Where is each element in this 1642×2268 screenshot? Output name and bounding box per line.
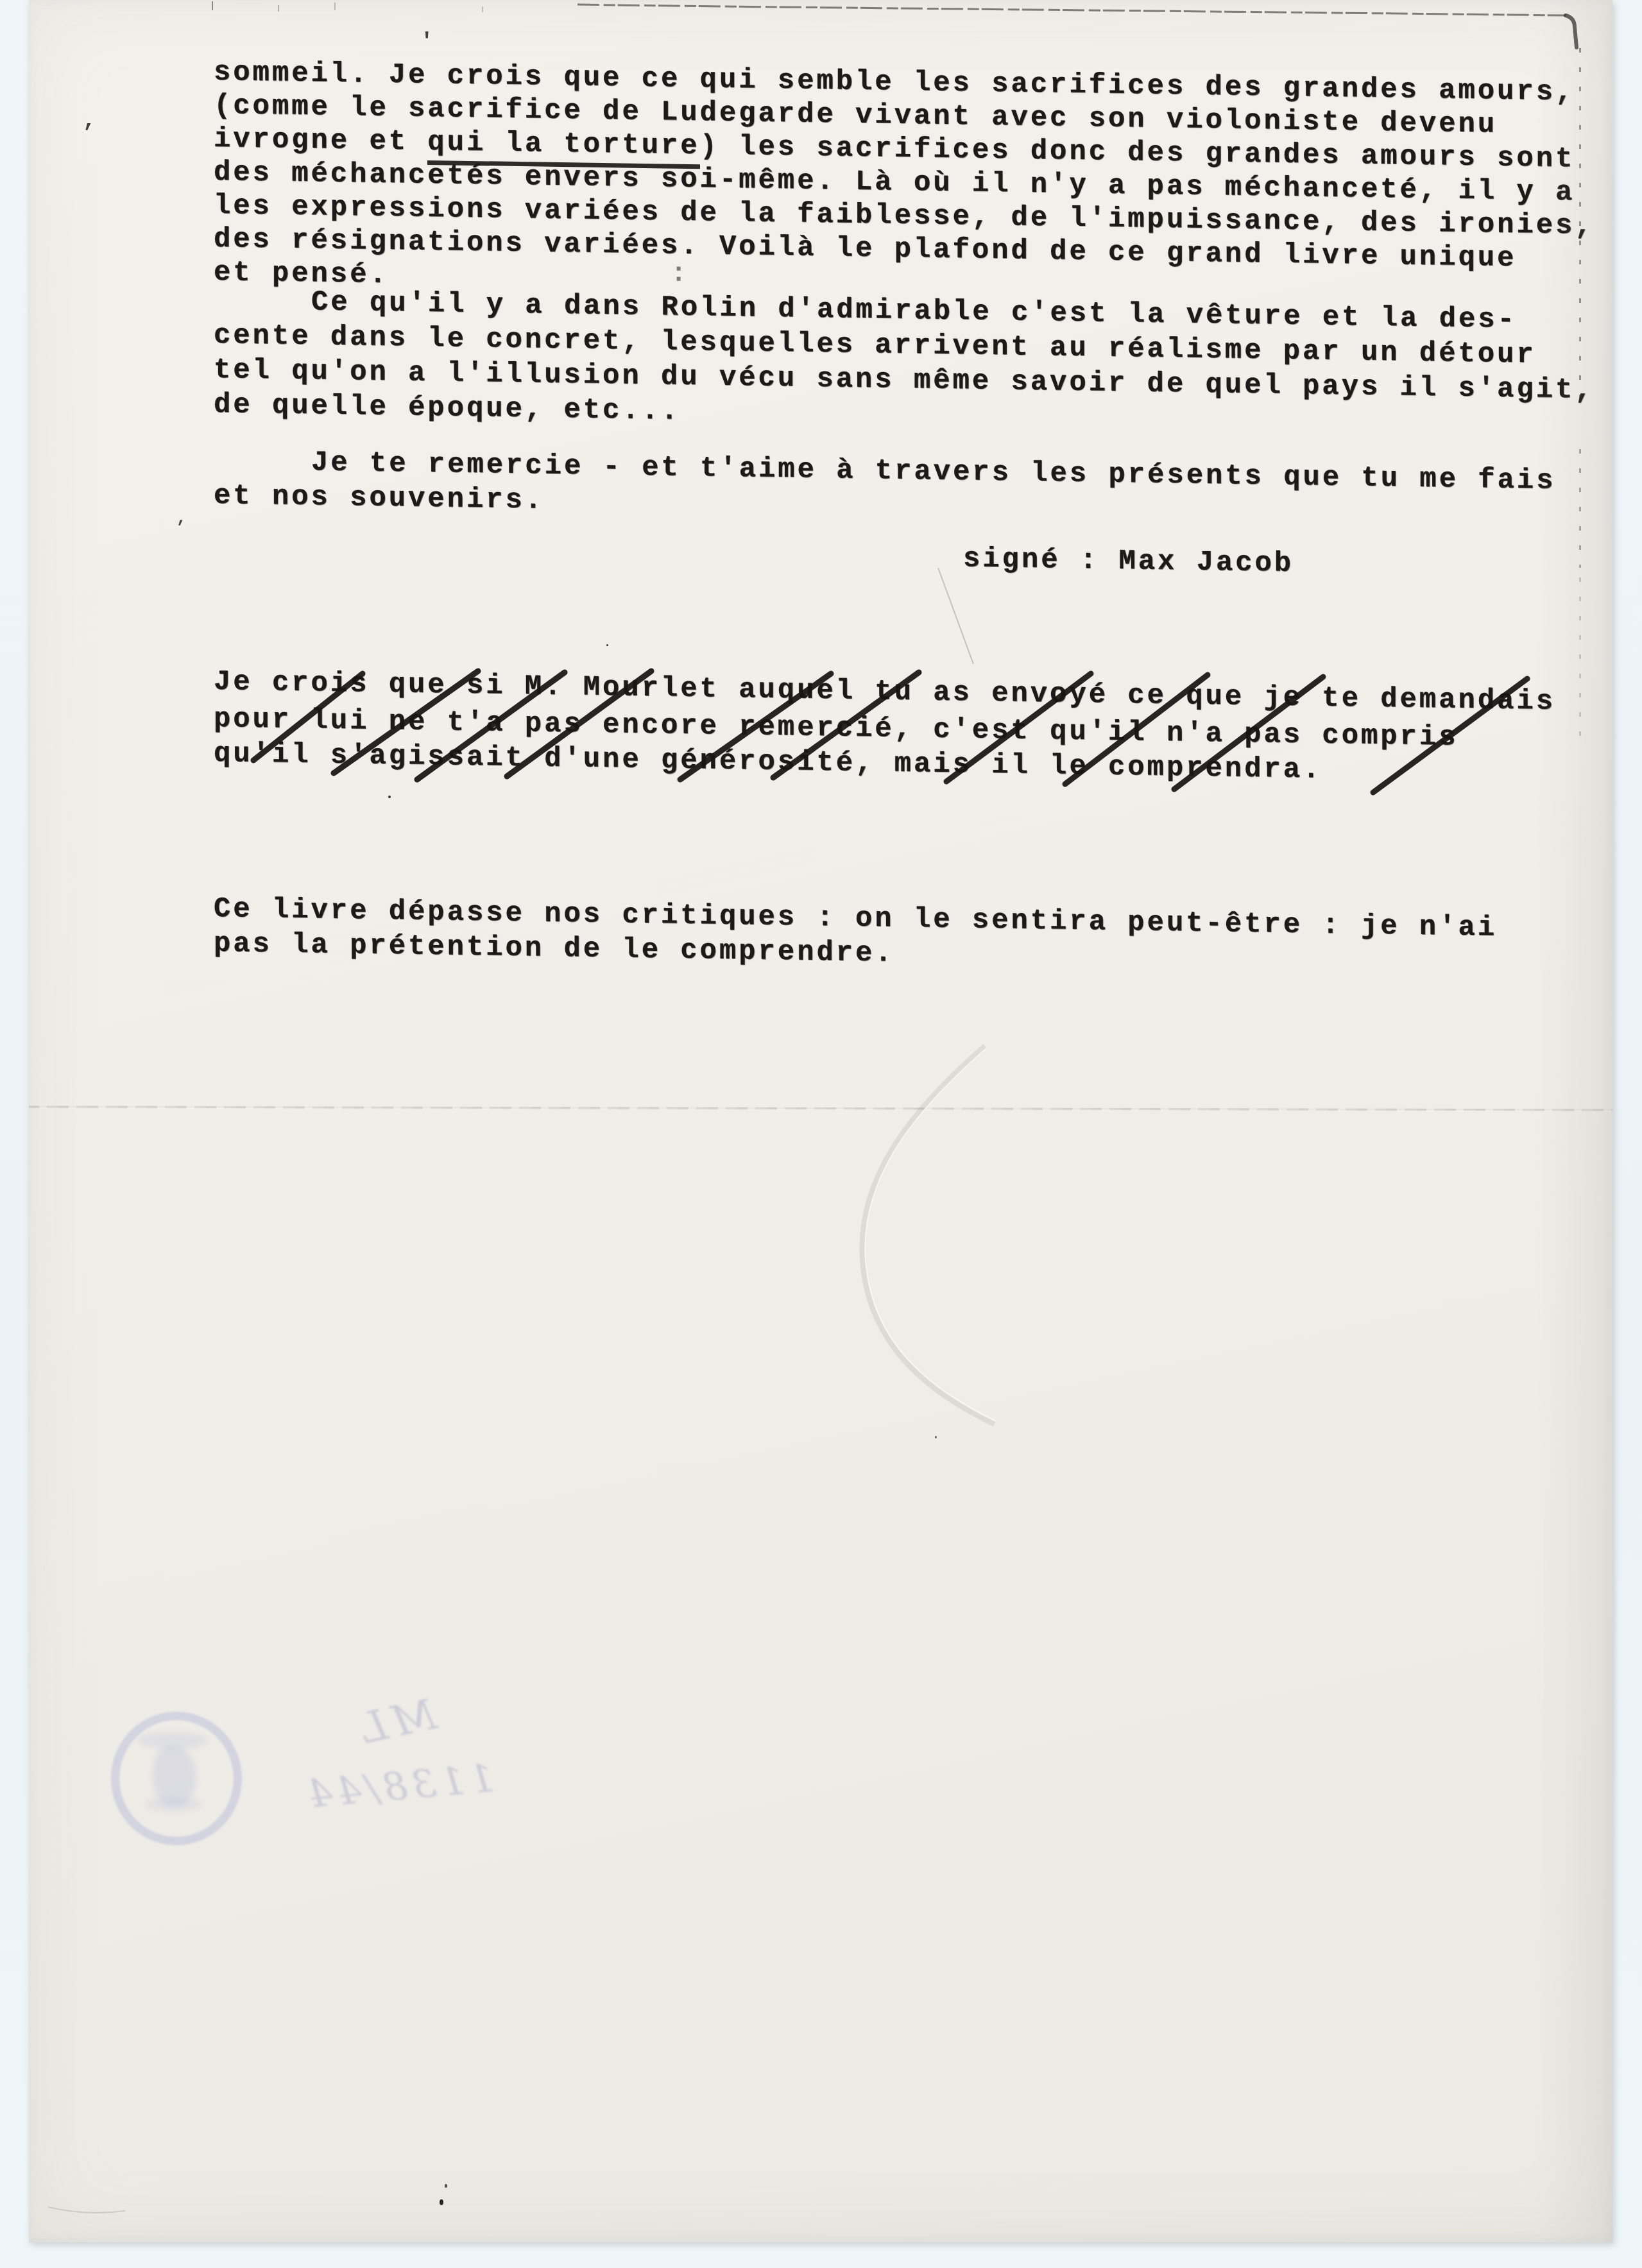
scanned-letter-screenshot: { "document": { "kind": "scanned typewri… bbox=[0, 0, 1642, 2268]
text-layer: : sommeil. Je crois que ce qui semble le… bbox=[214, 0, 1638, 1112]
text-segment: ivrogne et bbox=[214, 123, 427, 158]
paragraph-p4-crossed-out: Je crois que si M. Mourlet auquel tu as … bbox=[214, 664, 1638, 793]
scan-scratch bbox=[482, 6, 483, 12]
ink-speck bbox=[606, 644, 608, 646]
stamp-text-blur bbox=[137, 1732, 208, 1750]
ink-speck: ' bbox=[420, 30, 433, 54]
paper-sheet: : sommeil. Je crois que ce qui semble le… bbox=[29, 0, 1612, 2242]
ink-speck bbox=[935, 1436, 937, 1438]
scan-scratch bbox=[278, 5, 279, 12]
ink-speck: , bbox=[83, 109, 96, 133]
paragraph-p3: Je te remercie - et t'aime à travers les… bbox=[214, 444, 1638, 534]
paragraph-p1: sommeil. Je crois que ce qui semble les … bbox=[214, 56, 1638, 311]
ink-speck bbox=[388, 796, 391, 798]
text-line: signé : Max Jacob bbox=[963, 541, 1642, 597]
ink-speck bbox=[440, 2199, 443, 2205]
scan-scratch bbox=[212, 1, 213, 10]
paragraph-p2: Ce qu'il y a dans Rolin d'admirable c'es… bbox=[214, 284, 1638, 443]
ink-speck: , bbox=[176, 508, 187, 527]
scan-scratch bbox=[334, 3, 336, 10]
paragraph-p5: Ce livre dépasse nos critiques : on le s… bbox=[214, 892, 1638, 982]
ink-speck bbox=[445, 2184, 447, 2188]
paragraph-sig: signé : Max Jacob bbox=[963, 541, 1642, 597]
pencil-inventory-note: ML 1138/44 bbox=[205, 1680, 515, 1926]
stamp-text-blur bbox=[145, 1797, 203, 1811]
